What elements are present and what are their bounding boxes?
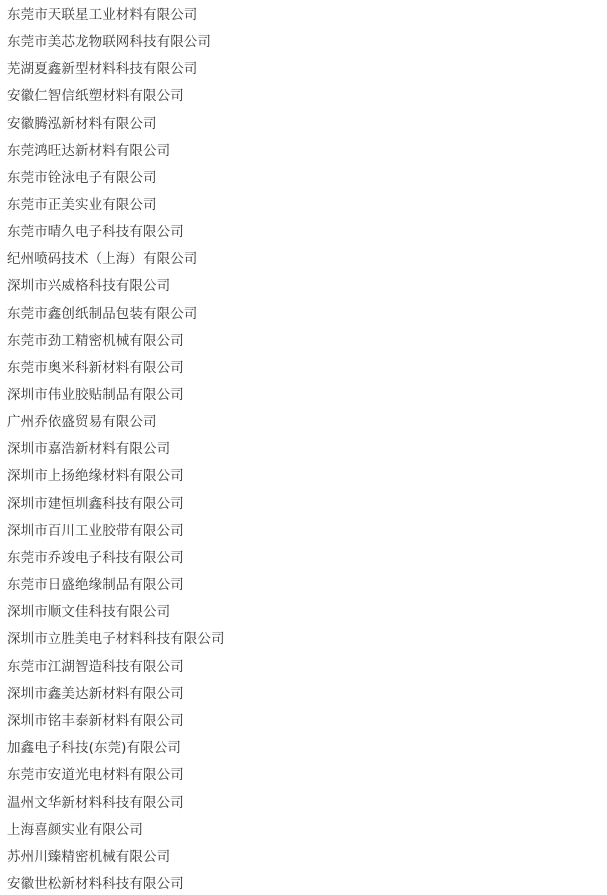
list-item: 东莞鸿旺达新材料有限公司: [7, 141, 170, 161]
list-item: 东莞市晴久电子科技有限公司: [7, 222, 184, 242]
list-item: 深圳市嘉浩新材料有限公司: [7, 439, 170, 459]
list-item: 深圳市顺文佳科技有限公司: [7, 602, 170, 622]
list-item: 深圳市建恒圳鑫科技有限公司: [7, 494, 184, 514]
list-item: 纪州喷码技术（上海）有限公司: [7, 249, 197, 269]
list-item: 加鑫电子科技(东莞)有限公司: [7, 738, 181, 758]
list-item: 东莞市铨泳电子有限公司: [7, 168, 157, 188]
list-item: 安徽世松新材料科技有限公司: [7, 874, 184, 894]
list-item: 温州文华新材料科技有限公司: [7, 793, 184, 813]
list-item: 东莞市奥米科新材料有限公司: [7, 358, 184, 378]
list-item: 东莞市鑫创纸制品包装有限公司: [7, 304, 197, 324]
list-item: 深圳市伟业胶贴制品有限公司: [7, 385, 184, 405]
list-item: 深圳市立胜美电子材料科技有限公司: [7, 629, 225, 649]
list-item: 东莞市劲工精密机械有限公司: [7, 331, 184, 351]
list-item: 苏州川臻精密机械有限公司: [7, 847, 170, 867]
list-item: 上海喜颜实业有限公司: [7, 820, 143, 840]
list-item: 深圳市上扬绝缘材料有限公司: [7, 466, 184, 486]
list-item: 深圳市百川工业胶带有限公司: [7, 521, 184, 541]
list-item: 东莞市乔竣电子科技有限公司: [7, 548, 184, 568]
list-item: 东莞市日盛绝缘制品有限公司: [7, 575, 184, 595]
list-item: 深圳市鑫美达新材料有限公司: [7, 684, 184, 704]
list-item: 东莞市江湖智造科技有限公司: [7, 657, 184, 677]
list-item: 深圳市铭丰泰新材料有限公司: [7, 711, 184, 731]
list-item: 东莞市正美实业有限公司: [7, 195, 157, 215]
list-item: 东莞市安道光电材料有限公司: [7, 765, 184, 785]
list-item: 芜湖夏鑫新型材料科技有限公司: [7, 59, 197, 79]
list-item: 深圳市兴威格科技有限公司: [7, 276, 170, 296]
list-item: 东莞市天联星工业材料有限公司: [7, 5, 197, 25]
list-item: 安徽仁智信纸塑材料有限公司: [7, 86, 184, 106]
list-item: 安徽腾泓新材料有限公司: [7, 114, 157, 134]
list-item: 广州乔依盛贸易有限公司: [7, 412, 157, 432]
list-item: 东莞市美芯龙物联网科技有限公司: [7, 32, 211, 52]
